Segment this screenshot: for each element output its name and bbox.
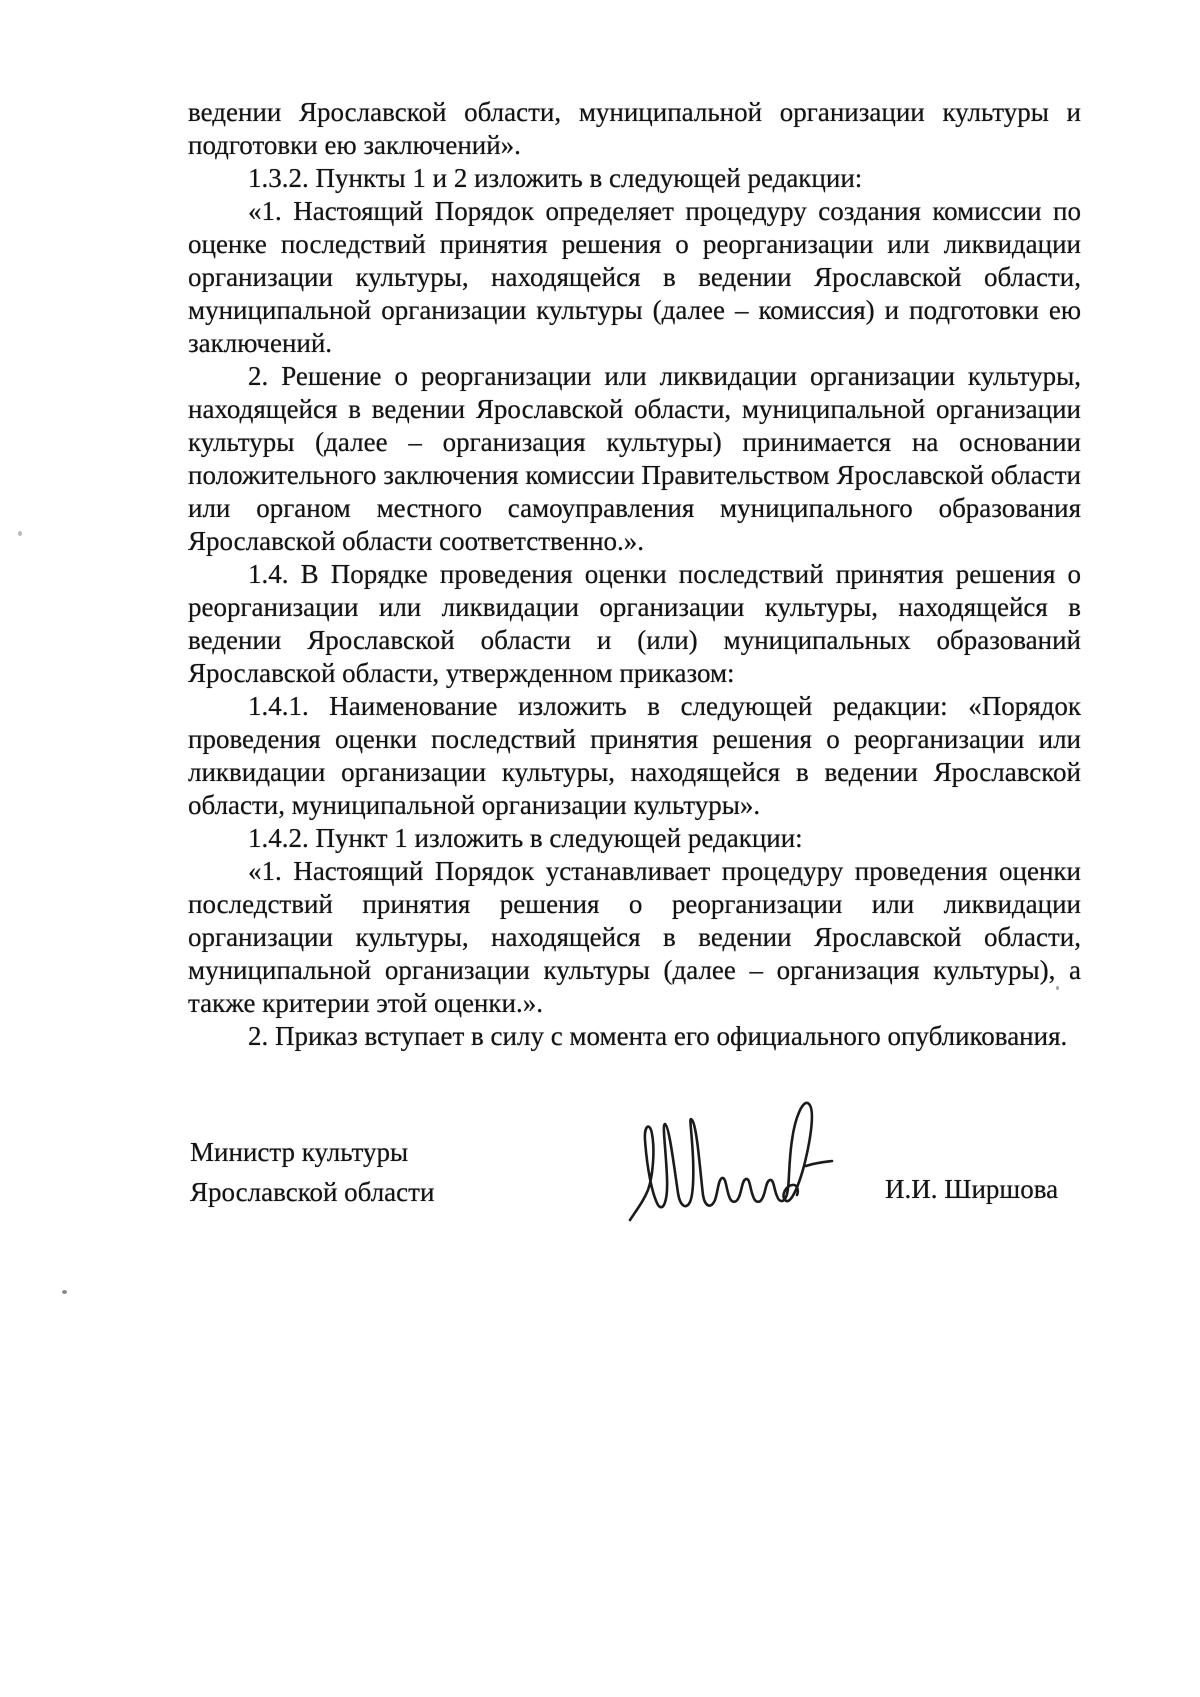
scan-artifact-speck — [62, 1290, 67, 1294]
text-line: организации культуры, находящейся в веде… — [188, 921, 1081, 954]
text-line: муниципальной организации культуры (дале… — [188, 294, 1081, 327]
text-line: заключений. — [188, 327, 1081, 360]
text-line: последствий принятия решения о реорганиз… — [188, 888, 1081, 921]
text-line: или органом местного самоуправления муни… — [188, 492, 1081, 525]
text-line: «1. Настоящий Порядок устанавливает проц… — [188, 855, 1081, 888]
signatory-title-line1: Министр культуры — [190, 1132, 434, 1172]
document-body: ведении Ярославской области, муниципальн… — [188, 96, 1081, 1053]
text-line: положительного заключения комиссии Прави… — [188, 459, 1081, 492]
text-line: области, муниципальной организации культ… — [188, 789, 1081, 822]
signatory-title-line2: Ярославской области — [190, 1172, 434, 1212]
text-line: находящейся в ведении Ярославской област… — [188, 393, 1081, 426]
text-line: ведении Ярославской области и (или) муни… — [188, 624, 1081, 657]
text-line: также критерии этой оценки.». — [188, 987, 1081, 1020]
scan-artifact-speck — [1056, 986, 1059, 990]
text-line: 1.4.1. Наименование изложить в следующей… — [188, 690, 1081, 723]
handwritten-signature-icon — [598, 1078, 848, 1238]
scan-artifact-speck — [18, 531, 22, 536]
text-line: оценке последствий принятия решения о ре… — [188, 228, 1081, 261]
text-line: 1.4.2. Пункт 1 изложить в следующей реда… — [188, 822, 1081, 855]
scanned-document-page: ведении Ярославской области, муниципальн… — [0, 0, 1200, 1697]
text-line: 2. Приказ вступает в силу с момента его … — [188, 1020, 1081, 1053]
text-line: ликвидации организации культуры, находящ… — [188, 756, 1081, 789]
text-line: 1.3.2. Пункты 1 и 2 изложить в следующей… — [188, 162, 1081, 195]
text-line: 2. Решение о реорганизации или ликвидаци… — [188, 360, 1081, 393]
text-line: Ярославской области, утвержденном приказ… — [188, 657, 1081, 690]
text-line: организации культуры, находящейся в веде… — [188, 261, 1081, 294]
signatory-title: Министр культуры Ярославской области — [190, 1132, 434, 1212]
text-line: реорганизации или ликвидации организации… — [188, 591, 1081, 624]
text-line: муниципальной организации культуры (дале… — [188, 954, 1081, 987]
text-line: проведения оценки последствий принятия р… — [188, 723, 1081, 756]
text-line: «1. Настоящий Порядок определяет процеду… — [188, 195, 1081, 228]
text-line: подготовки ею заключений». — [188, 129, 1081, 162]
text-line: 1.4. В Порядке проведения оценки последс… — [188, 558, 1081, 591]
signatory-name: И.И. Ширшова — [885, 1169, 1058, 1209]
text-line: культуры (далее – организация культуры) … — [188, 426, 1081, 459]
text-line: Ярославской области соответственно.». — [188, 525, 1081, 558]
text-line: ведении Ярославской области, муниципальн… — [188, 96, 1081, 129]
